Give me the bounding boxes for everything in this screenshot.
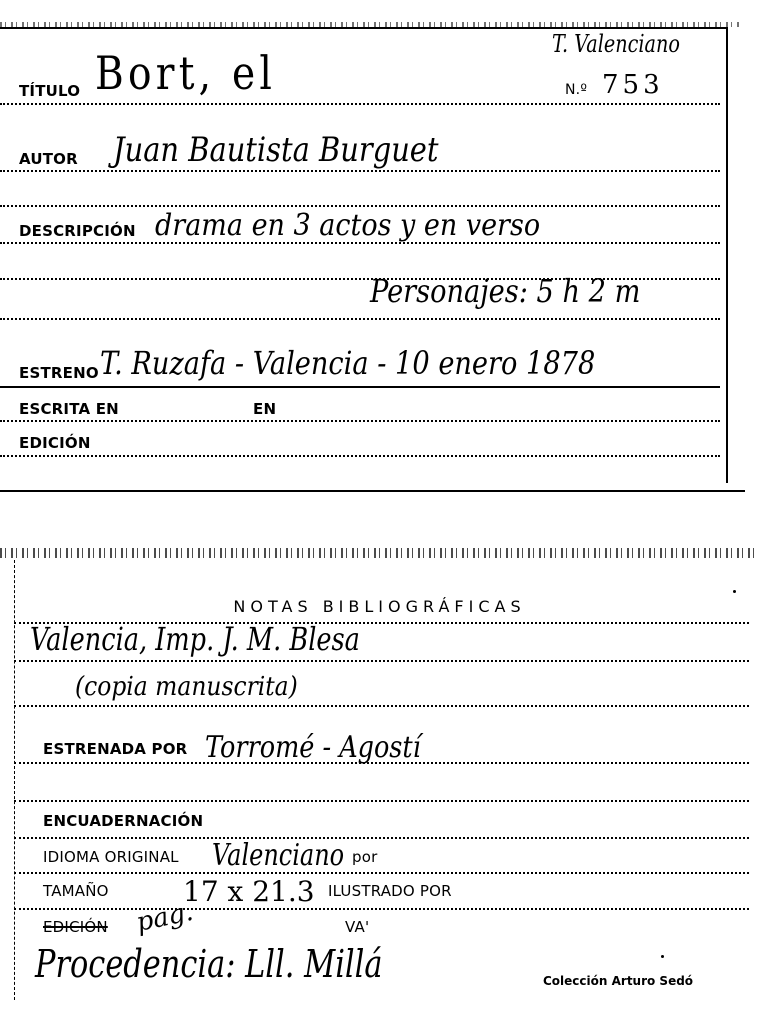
idioma-original-value: Valenciano [212,838,344,873]
encuadernacion-line [14,837,749,839]
speck [661,955,664,958]
descripcion-line-3 [0,318,720,320]
pag-annotation: pag. [134,897,196,938]
va-label: VA' [345,918,369,936]
number-label: N.º [565,82,587,98]
idioma-line [14,872,749,874]
procedencia-value: Procedencia: Lll. Millá [35,942,383,986]
titulo-value: Bort, el [95,46,276,100]
speck [733,590,736,593]
scan-noise-back [0,548,759,558]
notes-line-2-value: (copia manuscrita) [75,672,298,702]
en-label: EN [253,400,276,418]
ilustrado-por-label: ILUSTRADO POR [328,882,452,900]
estreno-label: ESTRENO [19,364,99,382]
estrenada-por-label: ESTRENADA POR [43,740,187,758]
collection-credit: Colección Arturo Sedó [543,974,693,988]
estreno-line [0,386,720,388]
autor-line [0,170,720,172]
notes-line-1-value: Valencia, Imp. J. M. Blesa [30,620,360,658]
estrenada-line [14,762,749,764]
idioma-original-label: IDIOMA ORIGINAL [43,848,179,866]
notas-heading: NOTAS BIBLIOGRÁFICAS [0,597,759,616]
card-top-border [0,27,728,29]
autor-line-2 [0,205,720,207]
edicion-back-label: EDICIÓN [43,918,108,936]
tamano-line [14,908,749,910]
encuadernacion-label: ENCUADERNACIÓN [43,812,203,830]
notes-line-3 [14,705,749,707]
titulo-line [0,103,720,105]
tamano-value: 17 x 21.3 [183,875,315,908]
por-label: por [352,848,377,866]
escrita-en-label: ESCRITA EN [19,400,119,418]
estrenada-line-2 [14,800,749,802]
tamano-label: TAMAÑO [43,882,109,900]
back-card-left-border [14,560,15,1000]
titulo-label: TÍTULO [19,82,80,100]
notes-line-2 [14,660,749,662]
edicion-label: EDICIÓN [19,434,91,452]
catalog-card-front: T. Valenciano N.º 753 TÍTULO Bort, el AU… [0,0,759,495]
edicion-line [0,455,720,457]
estrenada-por-value: Torromé - Agostí [205,730,421,765]
category-value: T. Valenciano [552,30,680,58]
card-right-border [726,28,728,483]
descripcion-line-2 [0,278,720,280]
descripcion-line [0,242,720,244]
autor-value: Juan Bautista Burguet [113,130,439,170]
descripcion-label: DESCRIPCIÓN [19,222,136,240]
card-bottom-border [0,490,745,492]
number-value: 753 [602,70,664,100]
estreno-value: T. Ruzafa - Valencia - 10 enero 1878 [100,344,595,382]
autor-label: AUTOR [19,150,78,168]
escrita-line [0,420,720,422]
descripcion-value: drama en 3 actos y en verso [155,208,540,243]
